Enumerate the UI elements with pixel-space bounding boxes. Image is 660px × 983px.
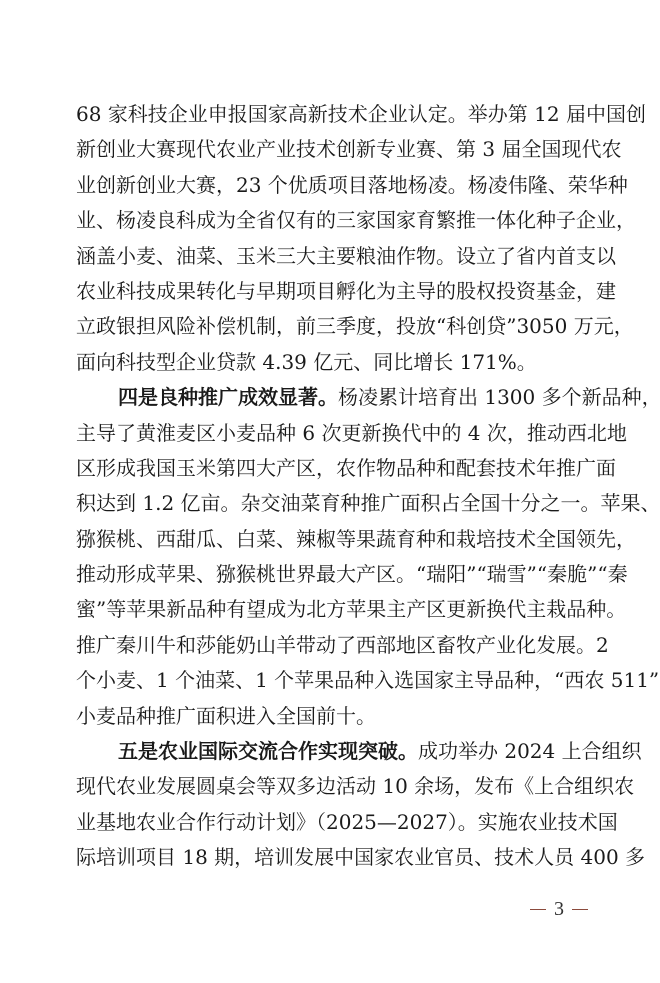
text-line: 推动形成苹果、猕猴桃世界最大产区。“瑞阳”“瑞雪”“秦脆”“秦 (76, 557, 590, 592)
text-line: 猕猴桃、西甜瓜、白菜、辣椒等果蔬育种和栽培技术全国领先， (76, 522, 590, 557)
text-line: 小麦品种推广面积进入全国前十。 (76, 699, 590, 734)
text-line: 现代农业发展圆桌会等双多边活动 10 余场，发布《上合组织农 (76, 769, 590, 804)
paragraph-heading: 五是农业国际交流合作实现突破。 (118, 739, 418, 763)
text-line: 际培训项目 18 期，培训发展中国家农业官员、技术人员 400 多 (76, 840, 590, 875)
text-line: 积达到 1.2 亿亩。杂交油菜育种推广面积占全国十分之一。苹果、 (76, 486, 590, 521)
paragraph-heading: 四是良种推广成效显著。 (118, 385, 338, 409)
paragraph-international-cooperation: 五是农业国际交流合作实现突破。成功举办 2024 上合组织 现代农业发展圆桌会等… (76, 734, 590, 876)
dash-right (572, 909, 588, 911)
document-body: 68 家科技企业申报国家高新技术企业认定。举办第 12 届中国创 新创业大赛现代… (76, 97, 590, 876)
page-number: 3 (530, 898, 588, 921)
text-line: 推广秦川牛和莎能奶山羊带动了西部地区畜牧产业化发展。2 (76, 628, 590, 663)
text-line: 面向科技型企业贷款 4.39 亿元、同比增长 171%。 (76, 345, 590, 380)
text-line: 农业科技成果转化与早期项目孵化为主导的股权投资基金，建 (76, 274, 590, 309)
text-run: 杨凌累计培育出 1300 多个新品种， (338, 385, 660, 409)
text-line: 业、杨凌良科成为全省仅有的三家国家育繁推一体化种子企业， (76, 203, 590, 238)
text-line: 个小麦、1 个油菜、1 个苹果品种入选国家主导品种，“西农 511” (76, 663, 590, 698)
text-line: 业基地农业合作行动计划》（2025—2027）。实施农业技术国 (76, 805, 590, 840)
paragraph-first-line: 四是良种推广成效显著。杨凌累计培育出 1300 多个新品种， (76, 380, 590, 415)
text-run: 成功举办 2024 上合组织 (418, 739, 642, 763)
text-line: 立政银担风险补偿机制，前三季度，投放“科创贷”3050 万元， (76, 309, 590, 344)
text-line: 主导了黄淮麦区小麦品种 6 次更新换代中的 4 次，推动西北地 (76, 416, 590, 451)
paragraph-continuation: 68 家科技企业申报国家高新技术企业认定。举办第 12 届中国创 新创业大赛现代… (76, 97, 590, 380)
text-line: 新创业大赛现代农业产业技术创新专业赛、第 3 届全国现代农 (76, 132, 590, 167)
page-number-value: 3 (554, 898, 564, 921)
text-line: 68 家科技企业申报国家高新技术企业认定。举办第 12 届中国创 (76, 97, 590, 132)
text-line: 涵盖小麦、油菜、玉米三大主要粮油作物。设立了省内首支以 (76, 239, 590, 274)
text-line: 蜜”等苹果新品种有望成为北方苹果主产区更新换代主栽品种。 (76, 592, 590, 627)
paragraph-first-line: 五是农业国际交流合作实现突破。成功举办 2024 上合组织 (76, 734, 590, 769)
paragraph-seed-promotion: 四是良种推广成效显著。杨凌累计培育出 1300 多个新品种， 主导了黄淮麦区小麦… (76, 380, 590, 734)
text-line: 区形成我国玉米第四大产区，农作物品种和配套技术年推广面 (76, 451, 590, 486)
dash-left (530, 909, 546, 911)
text-line: 业创新创业大赛，23 个优质项目落地杨凌。杨凌伟隆、荣华种 (76, 168, 590, 203)
